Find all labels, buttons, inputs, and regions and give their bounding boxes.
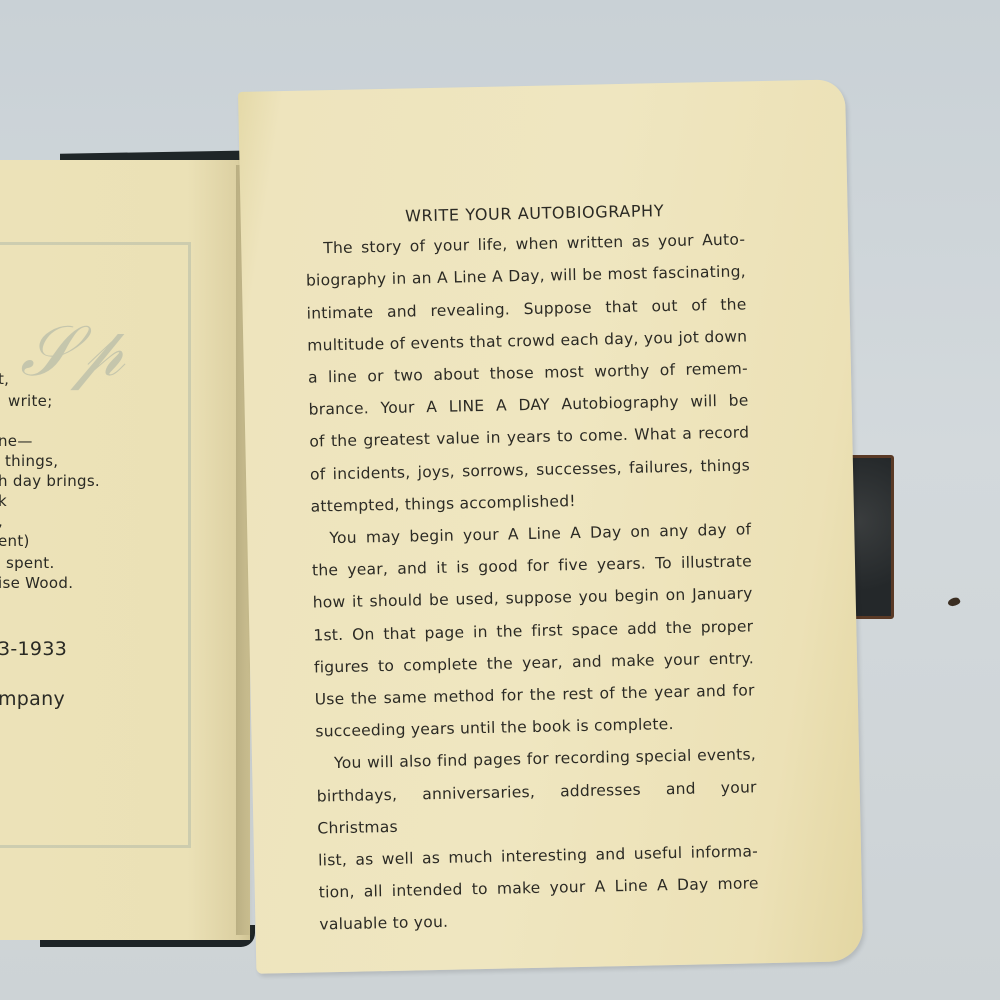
left-fragment: ent) (0, 532, 30, 550)
years-fragment: 3-1933 (0, 638, 67, 660)
left-page: 𝒮𝓅 t, write; ne— things, h day brings. k… (0, 160, 250, 940)
paragraph-3: You will also find pages for recording s… (316, 739, 760, 941)
right-page: WRITE YOUR AUTOBIOGRAPHY The story of yo… (238, 79, 863, 974)
left-fragment: write; (8, 392, 53, 410)
left-fragment: ne— (0, 432, 33, 450)
left-fragment: h day brings. (0, 472, 100, 490)
debris-speck (947, 596, 961, 609)
left-fragment: k (0, 492, 7, 510)
page-content: WRITE YOUR AUTOBIOGRAPHY The story of yo… (304, 193, 759, 941)
left-fragment: things, (5, 452, 58, 470)
left-fragment: , (0, 512, 3, 530)
text-line: birthdays, anniversaries, addresses and … (316, 771, 757, 845)
left-fragment: spent. (6, 554, 55, 572)
paragraph-2: You may begin your A Line A Day on any d… (311, 513, 756, 748)
paragraph-1: The story of your life, when written as … (305, 224, 751, 523)
left-fragment: t, (0, 370, 9, 388)
faded-script-mark: 𝒮𝓅 (20, 310, 124, 393)
publisher-fragment: mpany (0, 688, 65, 710)
left-fragment: ise Wood. (0, 574, 73, 592)
